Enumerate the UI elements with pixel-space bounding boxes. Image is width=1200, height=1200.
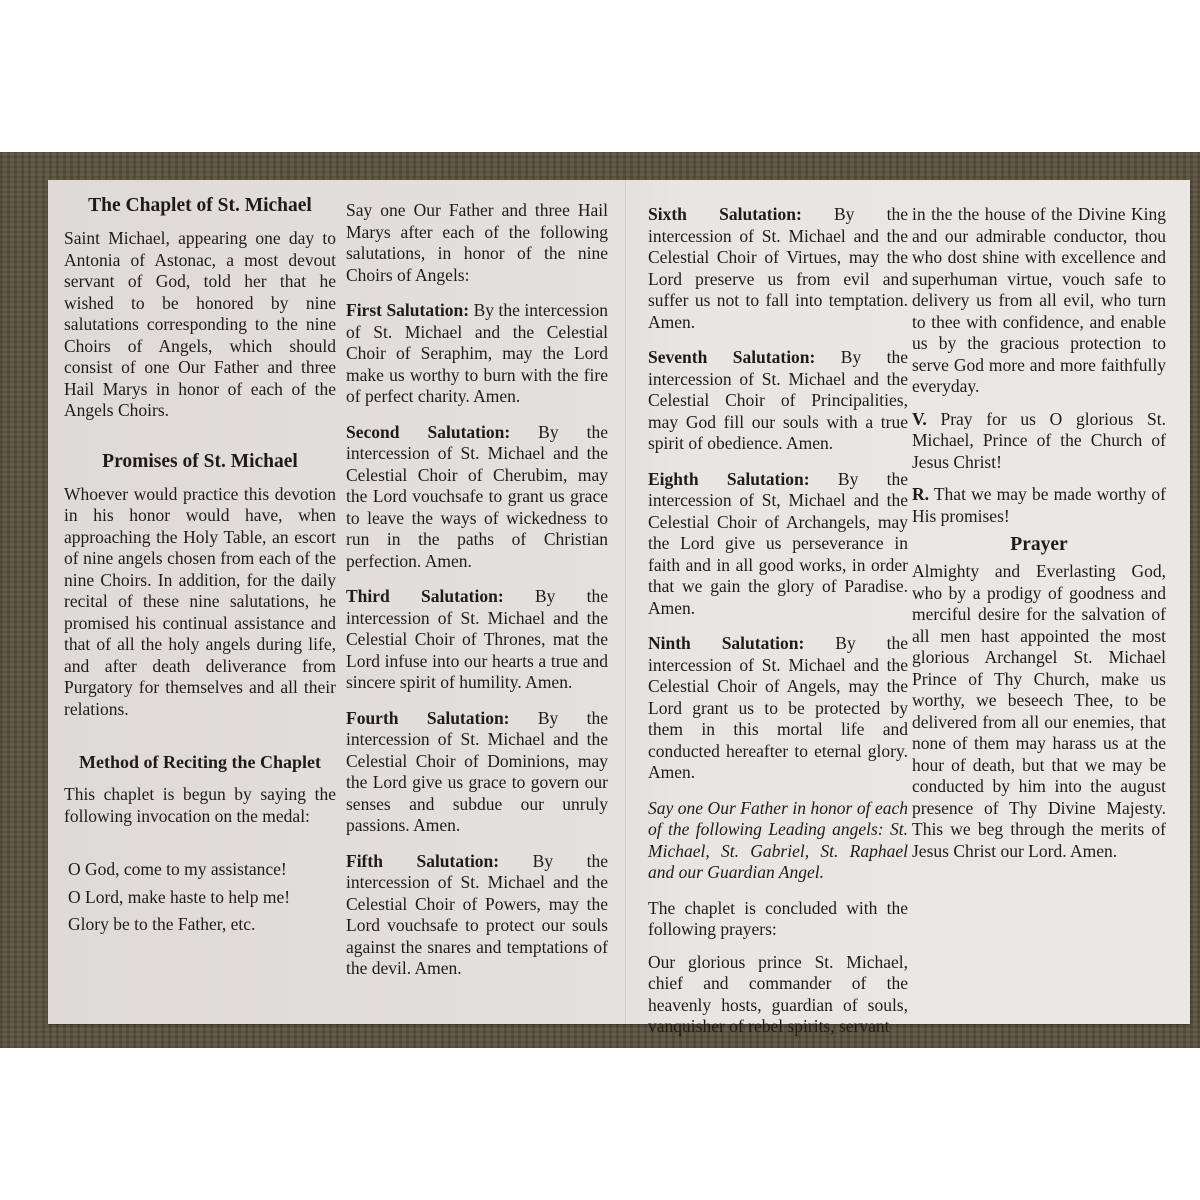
salutation-text: By the intercession of St. Michael and t… xyxy=(648,633,908,782)
salutation-label: Fourth Salutation: xyxy=(346,708,510,728)
prayer-title: Prayer xyxy=(912,533,1166,557)
response-text: That we may be made worthy of His promis… xyxy=(912,484,1166,526)
salutation-label: Fifth Salutation: xyxy=(346,851,499,871)
response: R. That we may be made worthy of His pro… xyxy=(912,484,1166,527)
chaplet-intro: Saint Michael, appearing one day to Anto… xyxy=(64,228,336,422)
salutation-6: Sixth Salutation: By the intercession of… xyxy=(648,204,908,333)
versicle-text: Pray for us O glorious St. Michael, Prin… xyxy=(912,409,1166,472)
response-label: R. xyxy=(912,484,929,504)
salutation-label: Sixth Salutation: xyxy=(648,204,802,224)
versicle-label: V. xyxy=(912,409,927,429)
chaplet-title: The Chaplet of St. Michael xyxy=(64,194,336,218)
salutation-9: Ninth Salutation: By the intercession of… xyxy=(648,633,908,784)
promises-title: Promises of St. Michael xyxy=(64,450,336,474)
prayer-text: Almighty and Everlasting God, who by a p… xyxy=(912,561,1166,862)
invocation-item: O Lord, make haste to help me! xyxy=(68,887,336,909)
column-3: Sixth Salutation: By the intercession of… xyxy=(648,204,908,1049)
method-title: Method of Reciting the Chaplet xyxy=(64,750,336,774)
invocation-item: O God, come to my assistance! xyxy=(68,859,336,881)
card-fold-crease xyxy=(625,180,627,1024)
column-1: The Chaplet of St. Michael Saint Michael… xyxy=(64,194,336,942)
promises-text: Whoever would practice this devotion in … xyxy=(64,484,336,721)
salutation-2: Second Salutation: By the intercession o… xyxy=(346,422,608,573)
salutation-label: First Salutation: xyxy=(346,300,469,320)
prayer-to-st-michael-start: Our glorious prince St. Michael, chief a… xyxy=(648,952,908,1038)
salutation-1: First Salutation: By the intercession of… xyxy=(346,300,608,408)
chaplet-card: The Chaplet of St. Michael Saint Michael… xyxy=(48,180,1190,1024)
prayer-to-st-michael-continued: in the the house of the Divine King and … xyxy=(912,204,1166,398)
salutation-text: By the intercession of St, Michael and t… xyxy=(648,469,908,618)
salutation-label: Ninth Salutation: xyxy=(648,633,804,653)
salutation-label: Eighth Salutation: xyxy=(648,469,810,489)
salutation-7: Seventh Salutation: By the intercession … xyxy=(648,347,908,455)
column-2: Say one Our Father and three Hail Marys … xyxy=(346,200,608,991)
salutation-label: Seventh Salutation: xyxy=(648,347,815,367)
salutation-text: By the intercession of St. Michael and t… xyxy=(346,422,608,571)
invocations-list: O God, come to my assistance! O Lord, ma… xyxy=(64,859,336,936)
salutation-4: Fourth Salutation: By the intercession o… xyxy=(346,708,608,837)
salutation-8: Eighth Salutation: By the intercession o… xyxy=(648,469,908,620)
conclusion-intro: The chaplet is concluded with the follow… xyxy=(648,898,908,941)
salutation-label: Third Salutation: xyxy=(346,586,504,606)
salutations-intro: Say one Our Father and three Hail Marys … xyxy=(346,200,608,286)
versicle: V. Pray for us O glorious St. Michael, P… xyxy=(912,409,1166,474)
column-4: in the the house of the Divine King and … xyxy=(912,204,1166,873)
salutation-label: Second Salutation: xyxy=(346,422,510,442)
salutation-5: Fifth Salutation: By the intercession of… xyxy=(346,851,608,980)
salutation-3: Third Salutation: By the intercession of… xyxy=(346,586,608,694)
invocation-item: Glory be to the Father, etc. xyxy=(68,914,336,936)
method-text: This chaplet is begun by saying the foll… xyxy=(64,784,336,827)
leading-angels-note: Say one Our Father in honor of each of t… xyxy=(648,798,908,884)
